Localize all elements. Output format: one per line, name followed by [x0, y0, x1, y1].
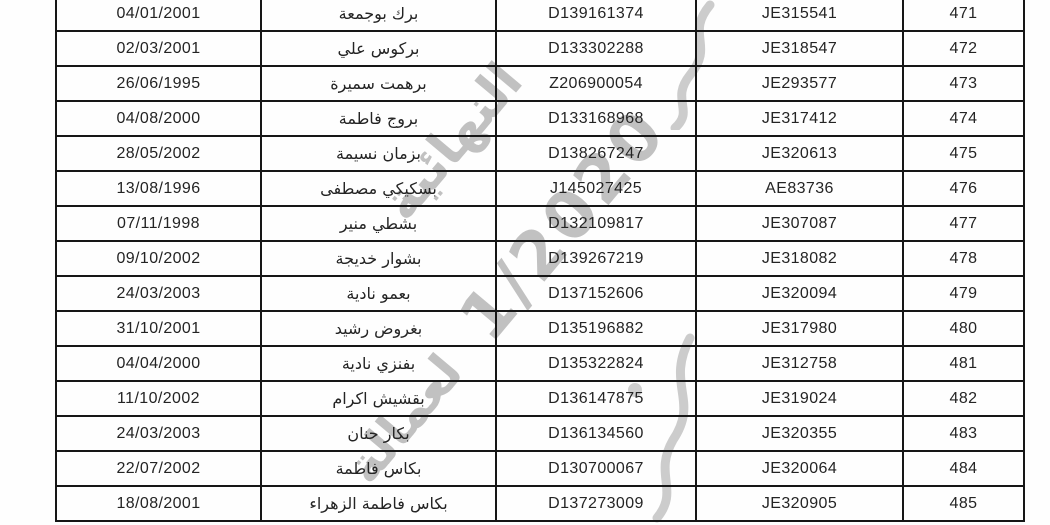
cell-full-name: بكاس فاطمة الزهراء — [261, 486, 496, 521]
cell-full-name: بقشيش اكرام — [261, 381, 496, 416]
cell-id-number: D132109817 — [496, 206, 696, 241]
cell-rank-number: 479 — [903, 276, 1024, 311]
cell-file-number: JE319024 — [696, 381, 903, 416]
cell-file-number: JE320355 — [696, 416, 903, 451]
cell-id-number: D136147875 — [496, 381, 696, 416]
cell-full-name: بزمان نسيمة — [261, 136, 496, 171]
cell-file-number: JE320094 — [696, 276, 903, 311]
cell-id-number: Z206900054 — [496, 66, 696, 101]
cell-birth-date: 04/04/2000 — [56, 346, 261, 381]
cell-rank-number: 477 — [903, 206, 1024, 241]
cell-file-number: AE83736 — [696, 171, 903, 206]
cell-id-number: D136134560 — [496, 416, 696, 451]
results-table-body: 04/01/2001 برك بوجمعة D139161374 JE31554… — [56, 0, 1024, 521]
table-row: 22/07/2002 بكاس فاطمة D130700067 JE32006… — [56, 451, 1024, 486]
cell-file-number: JE320613 — [696, 136, 903, 171]
cell-full-name: بشطي منير — [261, 206, 496, 241]
cell-file-number: JE318082 — [696, 241, 903, 276]
cell-file-number: JE318547 — [696, 31, 903, 66]
cell-rank-number: 473 — [903, 66, 1024, 101]
cell-birth-date: 22/07/2002 — [56, 451, 261, 486]
cell-birth-date: 28/05/2002 — [56, 136, 261, 171]
table-row: 28/05/2002 بزمان نسيمة D138267247 JE3206… — [56, 136, 1024, 171]
cell-birth-date: 02/03/2001 — [56, 31, 261, 66]
cell-file-number: JE312758 — [696, 346, 903, 381]
cell-id-number: D137273009 — [496, 486, 696, 521]
cell-rank-number: 482 — [903, 381, 1024, 416]
cell-rank-number: 480 — [903, 311, 1024, 346]
cell-rank-number: 472 — [903, 31, 1024, 66]
cell-id-number: D139267219 — [496, 241, 696, 276]
table-row: 26/06/1995 برهمت سميرة Z206900054 JE2935… — [56, 66, 1024, 101]
cell-id-number: D139161374 — [496, 0, 696, 31]
table-row: 04/01/2001 برك بوجمعة D139161374 JE31554… — [56, 0, 1024, 31]
cell-birth-date: 04/08/2000 — [56, 101, 261, 136]
cell-birth-date: 13/08/1996 — [56, 171, 261, 206]
cell-file-number: JE307087 — [696, 206, 903, 241]
table-row: 18/08/2001 بكاس فاطمة الزهراء D137273009… — [56, 486, 1024, 521]
cell-id-number: D138267247 — [496, 136, 696, 171]
cell-id-number: D133302288 — [496, 31, 696, 66]
cell-full-name: بفنزي نادية — [261, 346, 496, 381]
cell-rank-number: 483 — [903, 416, 1024, 451]
cell-id-number: D135196882 — [496, 311, 696, 346]
cell-birth-date: 18/08/2001 — [56, 486, 261, 521]
cell-rank-number: 478 — [903, 241, 1024, 276]
cell-file-number: JE317980 — [696, 311, 903, 346]
cell-birth-date: 07/11/1998 — [56, 206, 261, 241]
cell-full-name: بسكيكي مصطفى — [261, 171, 496, 206]
scanned-document-page: النهائية 1/2020 لعمالة 04/01/2001 برك بو… — [0, 0, 1050, 525]
cell-birth-date: 26/06/1995 — [56, 66, 261, 101]
cell-full-name: بركوس علي — [261, 31, 496, 66]
cell-rank-number: 484 — [903, 451, 1024, 486]
table-row: 07/11/1998 بشطي منير D132109817 JE307087… — [56, 206, 1024, 241]
cell-id-number: D130700067 — [496, 451, 696, 486]
table-row: 04/04/2000 بفنزي نادية D135322824 JE3127… — [56, 346, 1024, 381]
cell-full-name: بروج فاطمة — [261, 101, 496, 136]
cell-birth-date: 24/03/2003 — [56, 276, 261, 311]
cell-id-number: D137152606 — [496, 276, 696, 311]
cell-full-name: بشوار خديجة — [261, 241, 496, 276]
cell-id-number: D133168968 — [496, 101, 696, 136]
cell-file-number: JE293577 — [696, 66, 903, 101]
cell-rank-number: 476 — [903, 171, 1024, 206]
cell-birth-date: 09/10/2002 — [56, 241, 261, 276]
cell-file-number: JE320064 — [696, 451, 903, 486]
cell-full-name: برك بوجمعة — [261, 0, 496, 31]
cell-birth-date: 04/01/2001 — [56, 0, 261, 31]
table-row: 11/10/2002 بقشيش اكرام D136147875 JE3190… — [56, 381, 1024, 416]
cell-file-number: JE315541 — [696, 0, 903, 31]
table-row: 31/10/2001 بغروض رشيد D135196882 JE31798… — [56, 311, 1024, 346]
cell-full-name: بكاس فاطمة — [261, 451, 496, 486]
results-table: 04/01/2001 برك بوجمعة D139161374 JE31554… — [55, 0, 1025, 522]
table-row: 09/10/2002 بشوار خديجة D139267219 JE3180… — [56, 241, 1024, 276]
cell-file-number: JE320905 — [696, 486, 903, 521]
cell-birth-date: 24/03/2003 — [56, 416, 261, 451]
cell-rank-number: 481 — [903, 346, 1024, 381]
table-row: 04/08/2000 بروج فاطمة D133168968 JE31741… — [56, 101, 1024, 136]
cell-full-name: بعمو نادية — [261, 276, 496, 311]
cell-file-number: JE317412 — [696, 101, 903, 136]
cell-full-name: برهمت سميرة — [261, 66, 496, 101]
table-row: 13/08/1996 بسكيكي مصطفى J145027425 AE837… — [56, 171, 1024, 206]
table-row: 24/03/2003 بعمو نادية D137152606 JE32009… — [56, 276, 1024, 311]
cell-rank-number: 474 — [903, 101, 1024, 136]
cell-birth-date: 31/10/2001 — [56, 311, 261, 346]
table-row: 24/03/2003 بكار حنان D136134560 JE320355… — [56, 416, 1024, 451]
cell-id-number: D135322824 — [496, 346, 696, 381]
cell-rank-number: 471 — [903, 0, 1024, 31]
cell-rank-number: 485 — [903, 486, 1024, 521]
cell-id-number: J145027425 — [496, 171, 696, 206]
cell-full-name: بغروض رشيد — [261, 311, 496, 346]
cell-full-name: بكار حنان — [261, 416, 496, 451]
table-row: 02/03/2001 بركوس علي D133302288 JE318547… — [56, 31, 1024, 66]
cell-birth-date: 11/10/2002 — [56, 381, 261, 416]
cell-rank-number: 475 — [903, 136, 1024, 171]
